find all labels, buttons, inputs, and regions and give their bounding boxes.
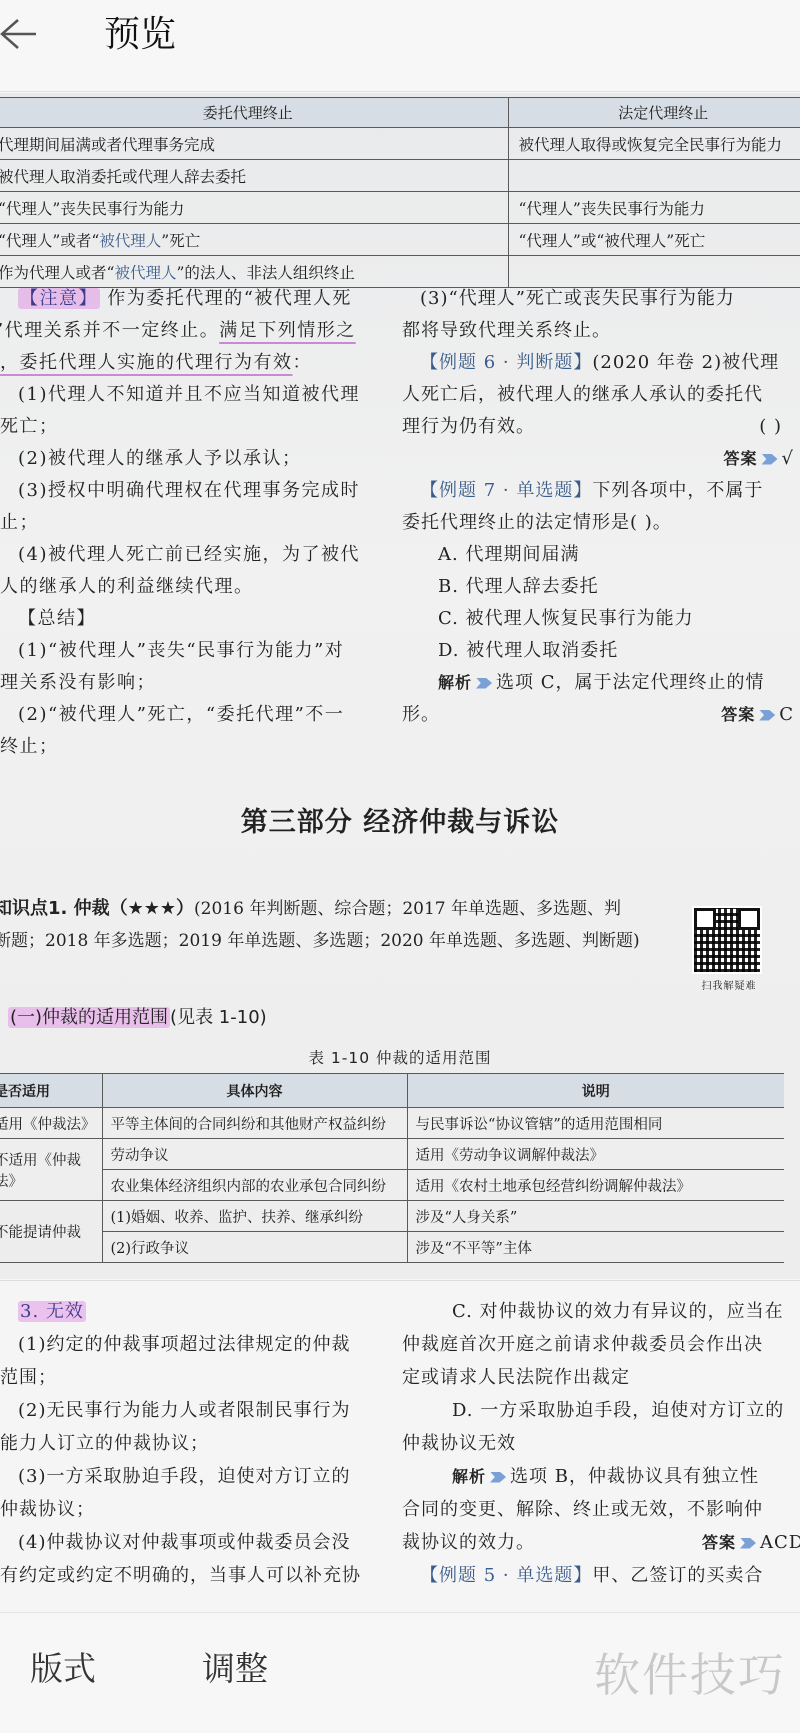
table-cell: 涉及“不平等”主体 (407, 1232, 784, 1263)
table-cell: 适用《仲裁法》 (0, 1108, 102, 1139)
cell-text: 作为代理人或者“ (0, 264, 114, 282)
highlighted-heading: 3. 无效 (18, 1301, 86, 1322)
option-continuation: 定或请求人民法院作出裁定 (402, 1361, 800, 1394)
underlined-text: 满足下列情形之 (219, 320, 356, 341)
underlined-text: ，委托代理人实施的代理行为有效 (0, 352, 293, 373)
analysis-line: 解析选项 B，仲裁协议具有独立性 (402, 1460, 800, 1493)
table-cell: 代理期间届满或者代理事务完成 (0, 128, 508, 160)
analysis-label: 解析 (438, 673, 472, 692)
answer-value: √ (782, 448, 794, 469)
subsection-heading: (一)仲裁的适用范围(见表 1-10) (8, 1003, 267, 1029)
table-row: (2)行政争议 涉及“不平等”主体 (0, 1232, 784, 1263)
arrow-right-icon (740, 1538, 756, 1549)
list-item-continuation: 仲裁协议； (0, 1493, 380, 1526)
list-item: (1)代理人不知道并且不应当知道被代理 (0, 379, 380, 411)
list-item: (2)无民事行为能力人或者限制民事行为 (0, 1394, 380, 1427)
summary-tag: 【总结】 (0, 603, 380, 635)
list-item-continuation: 死亡； (0, 411, 380, 443)
question-text: 甲、乙签订的买卖合 (592, 1565, 763, 1586)
list-item: (2)被代理人的继承人予以承认； (0, 443, 380, 475)
table-header: 具体内容 (102, 1074, 407, 1108)
example-7-question: 【例题 7 · 单选题】下列各项中，不属于 (402, 475, 800, 507)
arrow-right-icon (476, 678, 492, 689)
note-text-line: ，委托代理人实施的代理行为有效： (0, 347, 380, 379)
heading-reference: (见表 1-10) (170, 1007, 267, 1028)
left-text-column: 【注意】 作为委托代理的“被代理人死 ”代理关系并不一定终止。满足下列情形之 ，… (0, 283, 380, 763)
option-continuation: 仲裁庭首次开庭之前请求仲裁委员会作出决 (402, 1328, 800, 1361)
list-item-continuation: 有约定或约定不明确的，当事人可以补充协 (0, 1559, 380, 1592)
list-item-continuation: 终止； (0, 731, 380, 763)
question-text: (2020 年卷 2)被代理 (592, 352, 779, 373)
qr-label: 扫我解疑难 (692, 977, 766, 992)
question-text-line: 理行为仍有效。 ( ) (402, 411, 800, 443)
analysis-text: 形。 (402, 704, 440, 725)
table-cell: 平等主体间的合同纠纷和其他财产权益纠纷 (102, 1108, 407, 1139)
table-row: “代理人”或者“被代理人”死亡 “代理人”或“被代理人”死亡 (0, 224, 800, 256)
analysis-answer-line: 裁协议的效力。 答案ACD (402, 1526, 800, 1559)
table-row: 被代理人取消委托或代理人辞去委托 (0, 160, 800, 192)
option-c: C. 对仲裁协议的效力有异议的，应当在 (402, 1295, 800, 1328)
option-b: B. 代理人辞去委托 (402, 571, 800, 603)
option-c: C. 被代理人恢复民事行为能力 (402, 603, 800, 635)
table-cell: (1)婚姻、收养、监护、扶养、继承纠纷 (102, 1201, 407, 1232)
table-cell: “代理人”丧失民事行为能力 (0, 192, 508, 224)
arrow-left-icon (0, 12, 40, 56)
cell-text-highlight: 被代理人 (99, 232, 161, 250)
watermark: 软件技巧 (594, 1639, 786, 1705)
list-item: (1)约定的仲裁事项超过法律规定的仲裁 (0, 1328, 380, 1361)
analysis-text: 选项 B，仲裁协议具有独立性 (510, 1466, 759, 1487)
answer-blank: ( ) (759, 411, 782, 443)
answer-label: 答案 (721, 705, 755, 724)
cell-text-highlight: 被代理人 (114, 264, 176, 282)
table-cell: 适用《农村土地承包经营纠纷调解仲裁法》 (407, 1170, 784, 1201)
table-header-row: 是否适用 具体内容 说明 (0, 1074, 784, 1108)
cell-text: ”死亡 (161, 232, 200, 250)
table-header: 说明 (407, 1074, 784, 1108)
table-header: 是否适用 (0, 1074, 102, 1108)
table-cell: “代理人”或“被代理人”死亡 (508, 224, 800, 256)
note-text: 作为委托代理的“被代理人死 (107, 288, 352, 309)
table-caption: 表 1-10 仲裁的适用范围 (0, 1046, 800, 1068)
agency-termination-table: 委托代理终止 法定代理终止 代理期间届满或者代理事务完成 被代理人取得或恢复完全… (0, 97, 800, 288)
table-cell: 农业集体经济组织内部的农业承包合同纠纷 (102, 1170, 407, 1201)
example-tag: 【例题 7 · 单选题】 (420, 480, 592, 501)
table-row: 农业集体经济组织内部的农业承包合同纠纷 适用《农村土地承包经营纠纷调解仲裁法》 (0, 1170, 784, 1201)
table-cell: 适用《劳动争议调解仲裁法》 (407, 1139, 784, 1170)
list-item-continuation: 都将导致代理关系终止。 (402, 315, 800, 347)
table-cell: 不适用《仲裁法》 (0, 1139, 102, 1201)
list-item: (3)一方采取胁迫手段，迫使对方订立的 (0, 1460, 380, 1493)
page-title: 预览 (104, 12, 176, 58)
list-item-continuation: 人的继承人的利益继续代理。 (0, 571, 380, 603)
analysis-text: 合同的变更、解除、终止或无效，不影响仲 (402, 1493, 800, 1526)
table-row: 适用《仲裁法》 平等主体间的合同纠纷和其他财产权益纠纷 与民事诉讼“协议管辖”的… (0, 1108, 784, 1139)
note-text: ”代理关系并不一定终止。 (0, 320, 219, 341)
table-cell: 被代理人取得或恢复完全民事行为能力 (508, 128, 800, 160)
list-item-continuation: 范围； (0, 1361, 380, 1394)
table-header: 委托代理终止 (0, 98, 508, 128)
note-tag: 【注意】 (18, 288, 100, 309)
list-item: (4)被代理人死亡前已经实施，为了被代 (0, 539, 380, 571)
analysis-answer-line: 形。 答案C (402, 699, 800, 731)
list-item-continuation: 止； (0, 507, 380, 539)
right-text-column: (3)“代理人”死亡或丧失民事行为能力 都将导致代理关系终止。 【例题 6 · … (402, 283, 800, 731)
answer-group: 答案ACD (702, 1526, 800, 1559)
table-row: 不适用《仲裁法》 劳动争议 适用《劳动争议调解仲裁法》 (0, 1139, 784, 1170)
option-d: D. 被代理人取消委托 (402, 635, 800, 667)
table-header-row: 委托代理终止 法定代理终止 (0, 98, 800, 128)
knowledge-point-years: 断题；2018 年多选题；2019 年单选题、多选题；2020 年单选题、多选题… (0, 925, 684, 957)
highlighted-heading: (一)仲裁的适用范围 (8, 1007, 170, 1028)
list-item-continuation: 理关系没有影响； (0, 667, 380, 699)
arrow-right-icon (759, 710, 775, 721)
left-text-column: 3. 无效 (1)约定的仲裁事项超过法律规定的仲裁 范围； (2)无民事行为能力… (0, 1295, 380, 1592)
layout-button[interactable]: 版式 (30, 1643, 96, 1690)
option-d: D. 一方采取胁迫手段，迫使对方订立的 (402, 1394, 800, 1427)
top-bar: 预览 (0, 0, 800, 92)
answer-group: 答案C (721, 699, 794, 731)
question-text: 委托代理终止的法定情形是( )。 (402, 507, 800, 539)
answer-line: 答案√ (402, 443, 800, 475)
question-text: 下列各项中，不属于 (592, 480, 763, 501)
table-header: 法定代理终止 (508, 98, 800, 128)
table-cell: 与民事诉讼“协议管辖”的适用范围相同 (407, 1108, 784, 1139)
document-page-preview-next[interactable]: 3. 无效 (1)约定的仲裁事项超过法律规定的仲裁 范围； (2)无民事行为能力… (0, 1280, 800, 1612)
table-cell: “代理人”丧失民事行为能力 (508, 192, 800, 224)
example-6-question: 【例题 6 · 判断题】(2020 年卷 2)被代理 (402, 347, 800, 379)
list-item: (3)授权中明确代理权在代理事务完成时 (0, 475, 380, 507)
table-cell (508, 160, 800, 192)
answer-label: 答案 (702, 1533, 736, 1552)
arrow-right-icon (762, 454, 778, 465)
table-cell: “代理人”或者“被代理人”死亡 (0, 224, 508, 256)
list-item-continuation: 能力人订立的仲裁协议； (0, 1427, 380, 1460)
table-cell: (2)行政争议 (102, 1232, 407, 1263)
option-continuation: 仲裁协议无效 (402, 1427, 800, 1460)
knowledge-point-heading: 知识点1. 仲裁（★★★） (0, 898, 194, 919)
cell-text: “代理人”或者“ (0, 232, 99, 250)
analysis-text: 裁协议的效力。 (402, 1532, 535, 1553)
table-cell: 不能提请仲裁 (0, 1201, 102, 1263)
answer-label: 答案 (724, 449, 758, 468)
knowledge-point-years: (2016 年判断题、综合题；2017 年单选题、多选题、判 (194, 899, 621, 919)
question-text: 理行为仍有效。 (402, 416, 535, 437)
table-row: 代理期间届满或者代理事务完成 被代理人取得或恢复完全民事行为能力 (0, 128, 800, 160)
arrow-right-icon (490, 1472, 506, 1483)
adjust-button[interactable]: 调整 (202, 1643, 268, 1690)
list-item: (2)“被代理人”死亡，“委托代理”不一 (0, 699, 380, 731)
example-5-question: 【例题 5 · 单选题】甲、乙签订的买卖合 (402, 1559, 800, 1592)
list-item: (3)“代理人”死亡或丧失民事行为能力 (402, 283, 800, 315)
note-text-line: ”代理关系并不一定终止。满足下列情形之 (0, 315, 380, 347)
table-cell: 涉及“人身关系” (407, 1201, 784, 1232)
back-button[interactable] (0, 12, 40, 56)
analysis-line: 解析选项 C，属于法定代理终止的情 (402, 667, 800, 699)
list-item: (1)“被代理人”丧失“民事行为能力”对 (0, 635, 380, 667)
cell-text: ”的法人、非法人组织终止 (176, 264, 354, 282)
analysis-text: 选项 C，属于法定代理终止的情 (496, 672, 765, 693)
bottom-toolbar: 版式 调整 软件技巧 (0, 1612, 800, 1733)
note-text: ： (293, 352, 313, 373)
note-paragraph: 【注意】 作为委托代理的“被代理人死 (0, 283, 380, 315)
arbitration-scope-table: 是否适用 具体内容 说明 适用《仲裁法》 平等主体间的合同纠纷和其他财产权益纠纷… (0, 1073, 784, 1263)
document-page-preview[interactable]: 委托代理终止 法定代理终止 代理期间届满或者代理事务完成 被代理人取得或恢复完全… (0, 93, 800, 1279)
table-row: “代理人”丧失民事行为能力 “代理人”丧失民事行为能力 (0, 192, 800, 224)
table-row: 不能提请仲裁 (1)婚姻、收养、监护、扶养、继承纠纷 涉及“人身关系” (0, 1201, 784, 1232)
list-item: (4)仲裁协议对仲裁事项或仲裁委员会没 (0, 1526, 380, 1559)
section-title: 第三部分 经济仲裁与诉讼 (0, 800, 800, 839)
option-a: A. 代理期间届满 (402, 539, 800, 571)
answer-value: C (779, 704, 794, 725)
example-tag: 【例题 5 · 单选题】 (420, 1565, 592, 1586)
answer-value: ACD (760, 1532, 800, 1553)
table-cell: 被代理人取消委托或代理人辞去委托 (0, 160, 508, 192)
right-text-column: C. 对仲裁协议的效力有异议的，应当在 仲裁庭首次开庭之前请求仲裁委员会作出决 … (402, 1295, 800, 1592)
analysis-label: 解析 (452, 1467, 486, 1486)
qr-code (692, 906, 762, 974)
example-tag: 【例题 6 · 判断题】 (420, 352, 592, 373)
question-text: 人死亡后，被代理人的继承人承认的委托代 (402, 379, 800, 411)
knowledge-point: 知识点1. 仲裁（★★★）(2016 年判断题、综合题；2017 年单选题、多选… (0, 893, 684, 957)
table-cell: 劳动争议 (102, 1139, 407, 1170)
